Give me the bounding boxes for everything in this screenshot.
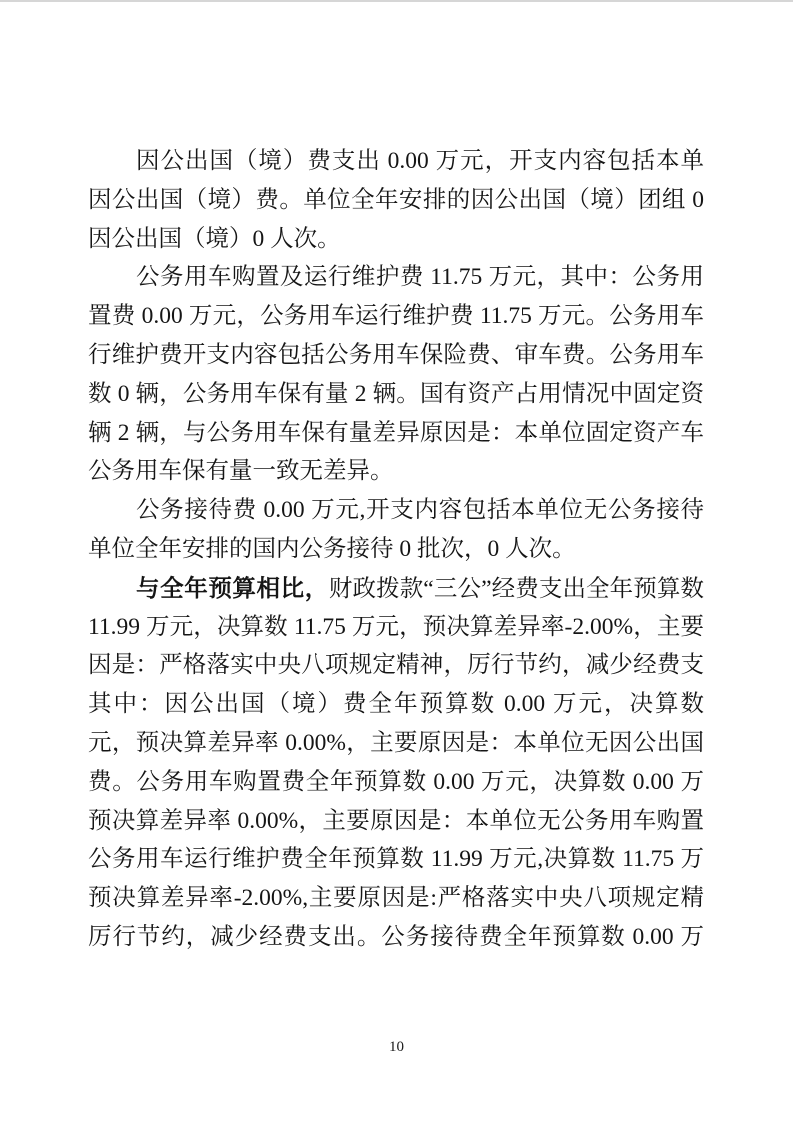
line-text: 财政拨款“三公”经费支出全年预算数 (329, 576, 704, 602)
text-line: 因公出国（境）费。单位全年安排的因公出国（境）团组 0 个， (88, 181, 704, 220)
paragraph: 因公出国（境）费支出 0.00 万元，开支内容包括本单位无因公出国（境）费。单位… (88, 142, 704, 258)
text-line: 厉行节约，减少经费支出。公务接待费全年预算数 0.00 万元， (88, 918, 704, 957)
scan-edge-line (0, 0, 793, 2)
text-line: 行维护费开支内容包括公务用车保险费、审车费。公务用车购置 (88, 336, 704, 375)
text-line: 置费 0.00 万元，公务用车运行维护费 11.75 万元。公务用车运 (88, 297, 704, 336)
text-line: 因是：严格落实中央八项规定精神，厉行节约，减少经费支出。 (88, 646, 704, 685)
text-line: 预决算差异率 0.00%，主要原因是：本单位无公务用车购置费。 (88, 802, 704, 841)
text-line: 11.99 万元，决算数 11.75 万元，预决算差异率-2.00%，主要原 (88, 608, 704, 647)
text-line: 公务用车保有量一致无差异。 (88, 452, 704, 491)
bold-lead-text: 与全年预算相比， (136, 575, 329, 601)
document-page: 因公出国（境）费支出 0.00 万元，开支内容包括本单位无因公出国（境）费。单位… (0, 0, 793, 1122)
text-line: 公务用车运行维护费全年预算数 11.99 万元,决算数 11.75 万元， (88, 840, 704, 879)
page-number: 10 (0, 1037, 793, 1057)
text-line: 辆 2 辆，与公务用车保有量差异原因是：本单位固定资产车辆与 (88, 414, 704, 453)
text-line: 因公出国（境）0 人次。 (88, 220, 704, 259)
paragraph: 公务接待费 0.00 万元,开支内容包括本单位无公务接待费。单位全年安排的国内公… (88, 491, 704, 569)
text-line: 公务接待费 0.00 万元,开支内容包括本单位无公务接待费。 (88, 491, 704, 530)
text-line: 因公出国（境）费支出 0.00 万元，开支内容包括本单位无 (88, 142, 704, 181)
text-line: 公务用车购置及运行维护费 11.75 万元，其中：公务用车购 (88, 258, 704, 297)
text-line: 元，预决算差异率 0.00%，主要原因是：本单位无因公出国（境） (88, 724, 704, 763)
text-line: 数 0 辆，公务用车保有量 2 辆。国有资产占用情况中固定资产车 (88, 375, 704, 414)
text-line: 预决算差异率-2.00%,主要原因是:严格落实中央八项规定精神， (88, 879, 704, 918)
text-line: 与全年预算相比，财政拨款“三公”经费支出全年预算数 (88, 569, 704, 608)
text-line: 其中：因公出国（境）费全年预算数 0.00 万元，决算数 0.00 万 (88, 685, 704, 724)
text-line: 费。公务用车购置费全年预算数 0.00 万元，决算数 0.00 万元， (88, 763, 704, 802)
document-body: 因公出国（境）费支出 0.00 万元，开支内容包括本单位无因公出国（境）费。单位… (88, 142, 704, 957)
paragraph: 公务用车购置及运行维护费 11.75 万元，其中：公务用车购置费 0.00 万元… (88, 258, 704, 491)
text-line: 单位全年安排的国内公务接待 0 批次，0 人次。 (88, 530, 704, 569)
paragraph: 与全年预算相比，财政拨款“三公”经费支出全年预算数11.99 万元，决算数 11… (88, 569, 704, 957)
